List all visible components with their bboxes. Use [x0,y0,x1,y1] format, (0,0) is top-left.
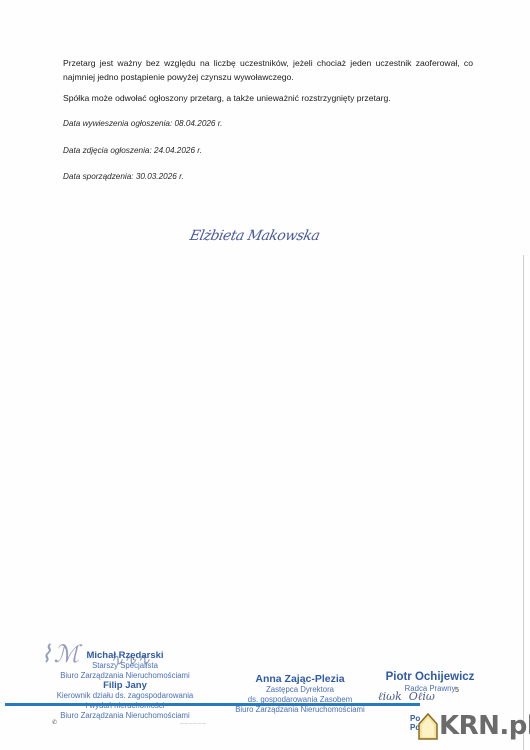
stamp-name: Piotr Ochijewicz [370,671,490,684]
phone-icon: ✆ [52,719,57,726]
stamp-name: Michał Rzędarski [30,650,220,661]
page-number: 5 [455,687,459,694]
document-page: Przetarg jest ważny bez względu na liczb… [0,0,530,750]
handwritten-signature: Elżbieta Makowska [188,228,321,244]
stamp-jany: Filip Jany Kierownik działu ds. zagospod… [30,680,220,721]
stamp-department: Biuro Zarządzania Nieruchomościami [30,711,220,721]
preparation-date: Data sporządzenia: 30.03.2026 r. [63,172,184,181]
stamp-department: Biuro Zarządzania Nieruchomościami [215,705,385,715]
stamp-name: Filip Jany [30,680,220,691]
scan-edge-line [523,255,524,750]
stamp-rzedarski: Michał Rzędarski Starszy Specjalista Biu… [30,650,220,681]
cancellation-paragraph: Spółka może odwołać ogłoszony przetarg, … [63,91,473,105]
posting-date: Data wywieszenia ogłoszenia: 08.04.2026 … [63,119,222,128]
stamp-zajac-plezia: Anna Zając-Plezia Zastępca Dyrektora ds.… [215,673,385,715]
footer-rule [5,703,420,706]
stamp-title: Starszy Specjalista [30,661,220,671]
removal-date: Data zdjęcia ogłoszenia: 24.04.2026 r. [63,146,202,155]
house-icon [418,712,438,740]
validity-paragraph: Przetarg jest ważny bez względu na liczb… [63,56,473,84]
krn-watermark-logo: KRN.pl [418,709,530,743]
signature-scribble: ℓiωk Oℓiω [378,690,435,703]
logo-text: KRN.pl [439,711,530,741]
footer-contact: — — — — — — [180,721,206,725]
stamp-title: Zastępca Dyrektora [215,685,385,695]
stamp-name: Anna Zając-Plezia [215,673,385,685]
stamp-title: Kierownik działu ds. zagospodarowania [30,691,220,701]
